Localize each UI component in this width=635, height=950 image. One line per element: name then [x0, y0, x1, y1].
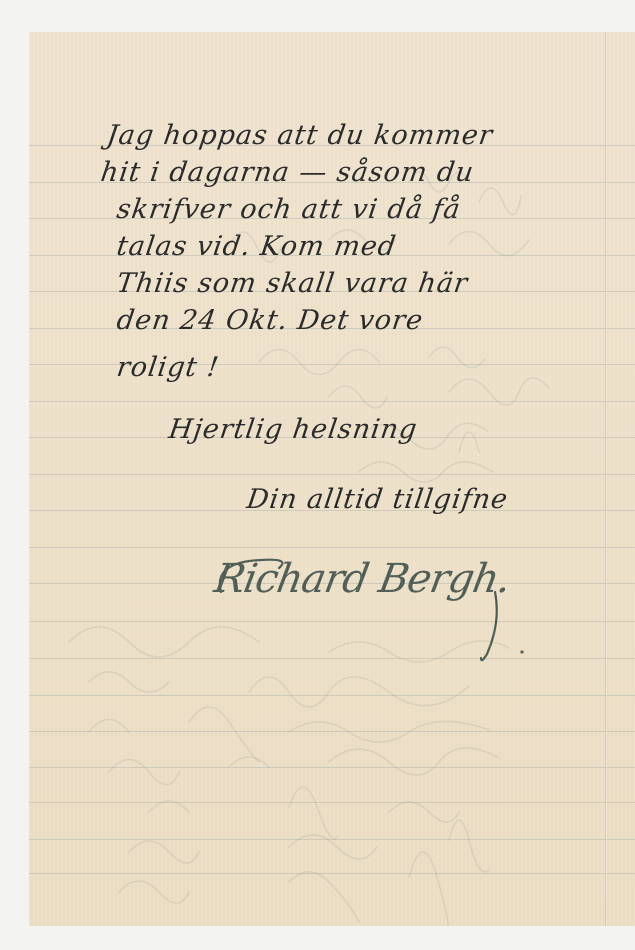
ruled-line [29, 474, 635, 475]
ruled-line [29, 802, 635, 803]
page-fold [605, 32, 607, 926]
ruled-line [29, 621, 635, 622]
ruled-line [29, 658, 635, 659]
closing-greeting: Hjertlig helsning [167, 414, 420, 445]
letter-line-7: roligt ! [115, 352, 221, 383]
letter-page: Jag hoppas att du kommer hit i dagarna —… [29, 32, 635, 926]
ruled-line [29, 873, 635, 874]
ruled-line [29, 731, 635, 732]
letter-line-1: Jag hoppas att du kommer [105, 120, 495, 151]
letter-line-3: skrifver och att vi då få [115, 194, 463, 225]
letter-line-2: hit i dagarna — såsom du [99, 157, 476, 188]
letter-line-4: talas vid. Kom med [115, 231, 399, 262]
ruled-line [29, 695, 635, 696]
ruled-line [29, 547, 635, 548]
letter-line-5: Thiis som skall vara här [115, 268, 470, 299]
valediction: Din alltid tillgifne [245, 484, 510, 515]
signature: Richard Bergh. [211, 556, 514, 602]
letter-line-6: den 24 Okt. Det vore [115, 305, 425, 336]
ruled-line [29, 767, 635, 768]
ruled-line [29, 839, 635, 840]
ruled-line [29, 401, 635, 402]
